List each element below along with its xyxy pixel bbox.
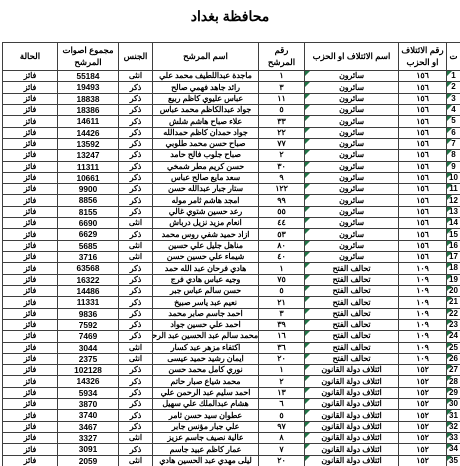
cell-coalition-name[interactable]: سائرون bbox=[305, 218, 399, 229]
cell-gender[interactable]: ذكر bbox=[119, 138, 153, 149]
cell-candidate-name[interactable]: رائد جاهد فهمي صالح bbox=[153, 82, 259, 93]
cell-index[interactable]: 33 bbox=[447, 433, 460, 444]
cell-votes[interactable]: 16322 bbox=[58, 274, 119, 285]
cell-status[interactable]: فائز bbox=[3, 206, 58, 217]
cell-candidate-number[interactable]: ٣٩ bbox=[259, 319, 305, 330]
cell-votes[interactable]: 9900 bbox=[58, 184, 119, 195]
cell-coalition-number[interactable]: ١٥٦ bbox=[399, 150, 447, 161]
cell-votes[interactable]: 6629 bbox=[58, 229, 119, 240]
cell-candidate-number[interactable]: ٩٩ bbox=[259, 195, 305, 206]
cell-candidate-number[interactable]: ٣٦ bbox=[259, 342, 305, 353]
cell-gender[interactable]: ذكر bbox=[119, 229, 153, 240]
cell-gender[interactable]: ذكر bbox=[119, 206, 153, 217]
cell-coalition-number[interactable]: ١٥٢ bbox=[399, 410, 447, 421]
cell-index[interactable]: 20 bbox=[447, 285, 460, 296]
cell-coalition-name[interactable]: تحالف الفتح bbox=[305, 285, 399, 296]
cell-index[interactable]: 31 bbox=[447, 410, 460, 421]
cell-status[interactable]: فائز bbox=[3, 150, 58, 161]
cell-index[interactable]: 6 bbox=[447, 127, 460, 138]
cell-votes[interactable]: 5685 bbox=[58, 240, 119, 251]
cell-candidate-name[interactable]: عباس عليوي كاظم ربيع bbox=[153, 93, 259, 104]
cell-votes[interactable]: 63568 bbox=[58, 263, 119, 274]
cell-coalition-number[interactable]: ١٥٦ bbox=[399, 116, 447, 127]
cell-index[interactable]: 7 bbox=[447, 138, 460, 149]
cell-candidate-number[interactable]: ٢ bbox=[259, 376, 305, 387]
cell-status[interactable]: فائز bbox=[3, 161, 58, 172]
cell-candidate-number[interactable]: ٥٥ bbox=[259, 206, 305, 217]
cell-coalition-name[interactable]: ائتلاف دولة القانون bbox=[305, 444, 399, 455]
cell-gender[interactable]: انثى bbox=[119, 433, 153, 444]
cell-candidate-number[interactable]: ٢٢ bbox=[259, 127, 305, 138]
cell-coalition-number[interactable]: ١٥٦ bbox=[399, 195, 447, 206]
cell-candidate-name[interactable]: احمد جاسم صابر محمد bbox=[153, 308, 259, 319]
cell-index[interactable]: 26 bbox=[447, 353, 460, 364]
cell-candidate-name[interactable]: محمد شياع صبار حاتم bbox=[153, 376, 259, 387]
cell-coalition-number[interactable]: ١٥٢ bbox=[399, 433, 447, 444]
cell-coalition-name[interactable]: تحالف الفتح bbox=[305, 297, 399, 308]
cell-coalition-name[interactable]: سائرون bbox=[305, 138, 399, 149]
cell-candidate-number[interactable]: ٩ bbox=[259, 172, 305, 183]
col-header-votes[interactable]: مجموع اصوات المرشح bbox=[58, 43, 119, 71]
cell-candidate-name[interactable]: ازاد حميد شفي روس محمد bbox=[153, 229, 259, 240]
cell-candidate-name[interactable]: امجد هاشم ثامر موله bbox=[153, 195, 259, 206]
cell-gender[interactable]: ذكر bbox=[119, 410, 153, 421]
cell-coalition-number[interactable]: ١٠٩ bbox=[399, 342, 447, 353]
cell-status[interactable]: فائز bbox=[3, 263, 58, 274]
cell-coalition-number[interactable]: ١٥٢ bbox=[399, 421, 447, 432]
cell-coalition-number[interactable]: ١٠٩ bbox=[399, 319, 447, 330]
cell-votes[interactable]: 14426 bbox=[58, 127, 119, 138]
col-header-gender[interactable]: الجنس bbox=[119, 43, 153, 71]
cell-candidate-number[interactable]: ٣ bbox=[259, 308, 305, 319]
cell-index[interactable]: 8 bbox=[447, 150, 460, 161]
cell-gender[interactable]: ذكر bbox=[119, 308, 153, 319]
cell-coalition-number[interactable]: ١٠٩ bbox=[399, 285, 447, 296]
cell-candidate-name[interactable]: حسن كريم مطر شمخي bbox=[153, 161, 259, 172]
cell-gender[interactable]: ذكر bbox=[119, 421, 153, 432]
cell-status[interactable]: فائز bbox=[3, 319, 58, 330]
cell-votes[interactable]: 11311 bbox=[58, 161, 119, 172]
cell-coalition-name[interactable]: ائتلاف دولة القانون bbox=[305, 410, 399, 421]
cell-votes[interactable]: 9836 bbox=[58, 308, 119, 319]
cell-candidate-name[interactable]: حسن سالم عباس جبر bbox=[153, 285, 259, 296]
cell-votes[interactable]: 8155 bbox=[58, 206, 119, 217]
cell-coalition-number[interactable]: ١٥٢ bbox=[399, 399, 447, 410]
cell-votes[interactable]: 3740 bbox=[58, 410, 119, 421]
cell-candidate-number[interactable]: ٤٤ bbox=[259, 218, 305, 229]
cell-index[interactable]: 1 bbox=[447, 71, 460, 82]
cell-votes[interactable]: 10661 bbox=[58, 172, 119, 183]
cell-votes[interactable]: 3327 bbox=[58, 433, 119, 444]
cell-index[interactable]: 14 bbox=[447, 218, 460, 229]
cell-coalition-name[interactable]: سائرون bbox=[305, 206, 399, 217]
cell-status[interactable]: فائز bbox=[3, 184, 58, 195]
cell-gender[interactable]: ذكر bbox=[119, 274, 153, 285]
cell-candidate-name[interactable]: صباح حسن محمد طلوبي bbox=[153, 138, 259, 149]
cell-candidate-name[interactable]: انعام مزيد نزيل درباش bbox=[153, 218, 259, 229]
cell-coalition-name[interactable]: ائتلاف دولة القانون bbox=[305, 421, 399, 432]
cell-index[interactable]: 17 bbox=[447, 252, 460, 263]
cell-status[interactable]: فائز bbox=[3, 104, 58, 115]
cell-gender[interactable]: انثى bbox=[119, 455, 153, 466]
cell-status[interactable]: فائز bbox=[3, 172, 58, 183]
cell-coalition-name[interactable]: ائتلاف دولة القانون bbox=[305, 455, 399, 466]
cell-index[interactable]: 13 bbox=[447, 206, 460, 217]
cell-status[interactable]: فائز bbox=[3, 71, 58, 82]
cell-candidate-number[interactable]: ٢١ bbox=[259, 297, 305, 308]
error-indicator-icon bbox=[305, 71, 310, 76]
cell-coalition-name[interactable]: سائرون bbox=[305, 116, 399, 127]
cell-gender[interactable]: ذكر bbox=[119, 184, 153, 195]
cell-candidate-number[interactable]: ١ bbox=[259, 365, 305, 376]
cell-coalition-name[interactable]: سائرون bbox=[305, 240, 399, 251]
cell-index[interactable]: 19 bbox=[447, 274, 460, 285]
cell-coalition-name[interactable]: سائرون bbox=[305, 172, 399, 183]
cell-coalition-name[interactable]: سائرون bbox=[305, 161, 399, 172]
cell-candidate-name[interactable]: وجيه عباس هادي فرج bbox=[153, 274, 259, 285]
col-header-coalition-name[interactable]: اسم الائتلاف او الحزب bbox=[305, 43, 399, 71]
col-header-coalition-number[interactable]: رقم الائتلاف او الحزب bbox=[399, 43, 447, 71]
cell-votes[interactable]: 3091 bbox=[58, 444, 119, 455]
cell-coalition-name[interactable]: ائتلاف دولة القانون bbox=[305, 399, 399, 410]
cell-coalition-number[interactable]: ١٥٦ bbox=[399, 71, 447, 82]
cell-index[interactable]: 24 bbox=[447, 331, 460, 342]
cell-index[interactable]: 9 bbox=[447, 161, 460, 172]
cell-index[interactable]: 5 bbox=[447, 116, 460, 127]
cell-candidate-name[interactable]: عمار كاظم عبيد جاسم bbox=[153, 444, 259, 455]
cell-coalition-number[interactable]: ١٥٦ bbox=[399, 184, 447, 195]
cell-votes[interactable]: 3044 bbox=[58, 342, 119, 353]
cell-coalition-number[interactable]: ١٥٦ bbox=[399, 82, 447, 93]
cell-candidate-number[interactable]: ٢ bbox=[259, 150, 305, 161]
cell-coalition-number[interactable]: ١٥٢ bbox=[399, 365, 447, 376]
cell-coalition-number[interactable]: ١٥٦ bbox=[399, 127, 447, 138]
cell-status[interactable]: فائز bbox=[3, 410, 58, 421]
cell-gender[interactable]: ذكر bbox=[119, 444, 153, 455]
cell-coalition-number[interactable]: ١٥٦ bbox=[399, 218, 447, 229]
cell-candidate-name[interactable]: ايمان رشيد حميد عيسى bbox=[153, 353, 259, 364]
cell-candidate-name[interactable]: ماجدة عبداللطيف محمد علي bbox=[153, 71, 259, 82]
cell-votes[interactable]: 14611 bbox=[58, 116, 119, 127]
cell-index[interactable]: 3 bbox=[447, 93, 460, 104]
cell-gender[interactable]: ذكر bbox=[119, 399, 153, 410]
col-header-index[interactable]: ت bbox=[447, 43, 460, 71]
cell-coalition-number[interactable]: ١٥٦ bbox=[399, 206, 447, 217]
cell-index[interactable]: 28 bbox=[447, 376, 460, 387]
cell-candidate-number[interactable]: ٥ bbox=[259, 104, 305, 115]
cell-status[interactable]: فائز bbox=[3, 252, 58, 263]
cell-candidate-number[interactable]: ٨٠ bbox=[259, 240, 305, 251]
cell-candidate-name[interactable]: هشام عبدالملك علي سهيل bbox=[153, 399, 259, 410]
cell-votes[interactable]: 6690 bbox=[58, 218, 119, 229]
cell-status[interactable]: فائز bbox=[3, 285, 58, 296]
cell-status[interactable]: فائز bbox=[3, 93, 58, 104]
cell-coalition-name[interactable]: سائرون bbox=[305, 71, 399, 82]
cell-gender[interactable]: ذكر bbox=[119, 285, 153, 296]
cell-candidate-number[interactable]: ٧ bbox=[259, 444, 305, 455]
cell-gender[interactable]: انثى bbox=[119, 71, 153, 82]
cell-index[interactable]: 25 bbox=[447, 342, 460, 353]
cell-coalition-number[interactable]: ١٠٩ bbox=[399, 353, 447, 364]
cell-index[interactable]: 27 bbox=[447, 365, 460, 376]
cell-candidate-name[interactable]: اكتفاء مزهر عبد كسار bbox=[153, 342, 259, 353]
cell-candidate-number[interactable]: ٥٣ bbox=[259, 229, 305, 240]
cell-votes[interactable]: 18386 bbox=[58, 104, 119, 115]
col-header-candidate-name[interactable]: اسم المرشح bbox=[153, 43, 259, 71]
cell-index[interactable]: 11 bbox=[447, 184, 460, 195]
cell-candidate-number[interactable]: ٥ bbox=[259, 285, 305, 296]
cell-candidate-number[interactable]: ٥ bbox=[259, 410, 305, 421]
cell-index[interactable]: 12 bbox=[447, 195, 460, 206]
cell-coalition-name[interactable]: سائرون bbox=[305, 150, 399, 161]
cell-status[interactable]: فائز bbox=[3, 342, 58, 353]
cell-gender[interactable]: ذكر bbox=[119, 365, 153, 376]
cell-candidate-number[interactable]: ٨ bbox=[259, 433, 305, 444]
table-row: 35 ١٥٢ ائتلاف دولة القانون ٢٠ ليلى مهدي … bbox=[3, 455, 460, 466]
cell-status[interactable]: فائز bbox=[3, 195, 58, 206]
cell-coalition-name[interactable]: سائرون bbox=[305, 252, 399, 263]
cell-candidate-name[interactable]: ستار جبار عبدالله حسن bbox=[153, 184, 259, 195]
cell-votes[interactable]: 102128 bbox=[58, 365, 119, 376]
cell-coalition-number[interactable]: ١٥٢ bbox=[399, 387, 447, 398]
error-indicator-icon bbox=[305, 320, 310, 325]
cell-status[interactable]: فائز bbox=[3, 387, 58, 398]
cell-candidate-number[interactable]: ١ bbox=[259, 71, 305, 82]
cell-candidate-number[interactable]: ١٢٢ bbox=[259, 184, 305, 195]
cell-gender[interactable]: انثى bbox=[119, 353, 153, 364]
cell-gender[interactable]: ذكر bbox=[119, 93, 153, 104]
cell-candidate-number[interactable]: ١٣ bbox=[259, 387, 305, 398]
cell-status[interactable]: فائز bbox=[3, 308, 58, 319]
cell-index[interactable]: 35 bbox=[447, 455, 460, 466]
cell-votes[interactable]: 11331 bbox=[58, 297, 119, 308]
cell-candidate-number[interactable]: ٦ bbox=[259, 399, 305, 410]
cell-coalition-number[interactable]: ١٥٦ bbox=[399, 240, 447, 251]
cell-votes[interactable]: 3870 bbox=[58, 399, 119, 410]
cell-coalition-number[interactable]: ١٥٦ bbox=[399, 104, 447, 115]
error-indicator-icon bbox=[447, 71, 452, 76]
cell-index[interactable]: 4 bbox=[447, 104, 460, 115]
cell-coalition-number[interactable]: ١٠٩ bbox=[399, 297, 447, 308]
cell-votes[interactable]: 55184 bbox=[58, 71, 119, 82]
cell-candidate-name[interactable]: هادي فرحان عبد الله حمد bbox=[153, 263, 259, 274]
cell-index[interactable]: 18 bbox=[447, 263, 460, 274]
cell-candidate-number[interactable]: ٧٧ bbox=[259, 138, 305, 149]
cell-coalition-name[interactable]: سائرون bbox=[305, 127, 399, 138]
cell-index[interactable]: 32 bbox=[447, 421, 460, 432]
cell-candidate-number[interactable]: ٤٠ bbox=[259, 252, 305, 263]
cell-index[interactable]: 10 bbox=[447, 172, 460, 183]
cell-coalition-number[interactable]: ١٠٩ bbox=[399, 274, 447, 285]
cell-status[interactable]: فائز bbox=[3, 127, 58, 138]
cell-coalition-name[interactable]: تحالف الفتح bbox=[305, 331, 399, 342]
cell-candidate-name[interactable]: احمد علي حسين جواد bbox=[153, 319, 259, 330]
cell-candidate-number[interactable]: ٣ bbox=[259, 82, 305, 93]
cell-candidate-number[interactable]: ٣٠ bbox=[259, 161, 305, 172]
cell-coalition-name[interactable]: سائرون bbox=[305, 195, 399, 206]
cell-index[interactable]: 16 bbox=[447, 240, 460, 251]
cell-coalition-name[interactable]: تحالف الفتح bbox=[305, 274, 399, 285]
cell-coalition-number[interactable]: ١٥٢ bbox=[399, 455, 447, 466]
cell-coalition-number[interactable]: ١٥٢ bbox=[399, 444, 447, 455]
col-header-candidate-number[interactable]: رقم المرشح bbox=[259, 43, 305, 71]
cell-coalition-name[interactable]: تحالف الفتح bbox=[305, 353, 399, 364]
error-indicator-icon bbox=[447, 275, 452, 280]
cell-coalition-number[interactable]: ١٥٦ bbox=[399, 229, 447, 240]
cell-coalition-name[interactable]: ائتلاف دولة القانون bbox=[305, 387, 399, 398]
cell-gender[interactable]: ذكر bbox=[119, 127, 153, 138]
cell-coalition-name[interactable]: ائتلاف دولة القانون bbox=[305, 376, 399, 387]
cell-gender[interactable]: ذكر bbox=[119, 172, 153, 183]
cell-candidate-number[interactable]: ١ bbox=[259, 263, 305, 274]
cell-status[interactable]: فائز bbox=[3, 218, 58, 229]
cell-index[interactable]: 34 bbox=[447, 444, 460, 455]
cell-status[interactable]: فائز bbox=[3, 274, 58, 285]
cell-gender[interactable]: ذكر bbox=[119, 319, 153, 330]
cell-coalition-number[interactable]: ١٥٦ bbox=[399, 252, 447, 263]
cell-gender[interactable]: ذكر bbox=[119, 82, 153, 93]
cell-status[interactable]: فائز bbox=[3, 376, 58, 387]
cell-index[interactable]: 15 bbox=[447, 229, 460, 240]
cell-status[interactable]: فائز bbox=[3, 229, 58, 240]
cell-coalition-number[interactable]: ١٠٩ bbox=[399, 263, 447, 274]
cell-index[interactable]: 22 bbox=[447, 308, 460, 319]
cell-index[interactable]: 29 bbox=[447, 387, 460, 398]
cell-status[interactable]: فائز bbox=[3, 365, 58, 376]
cell-gender[interactable]: ذكر bbox=[119, 376, 153, 387]
cell-status[interactable]: فائز bbox=[3, 433, 58, 444]
table-row: 27 ١٥٢ ائتلاف دولة القانون ١ نوري كامل م… bbox=[3, 365, 460, 376]
cell-gender[interactable]: ذكر bbox=[119, 263, 153, 274]
cell-candidate-name[interactable]: نعيم عبد ياسر صبيخ bbox=[153, 297, 259, 308]
cell-coalition-number[interactable]: ١٥٦ bbox=[399, 161, 447, 172]
cell-gender[interactable]: ذكر bbox=[119, 195, 153, 206]
error-indicator-icon bbox=[305, 286, 310, 291]
cell-candidate-name[interactable]: نوري كامل محمد حسن bbox=[153, 365, 259, 376]
cell-coalition-number[interactable]: ١٥٦ bbox=[399, 138, 447, 149]
cell-votes[interactable]: 19493 bbox=[58, 82, 119, 93]
cell-candidate-number[interactable]: ٢٠ bbox=[259, 455, 305, 466]
cell-candidate-number[interactable]: ١٦ bbox=[259, 331, 305, 342]
cell-votes[interactable]: 7592 bbox=[58, 319, 119, 330]
cell-votes[interactable]: 14326 bbox=[58, 376, 119, 387]
cell-votes[interactable]: 18838 bbox=[58, 93, 119, 104]
cell-status[interactable]: فائز bbox=[3, 444, 58, 455]
cell-candidate-name[interactable]: سعد مايع صالح عباس bbox=[153, 172, 259, 183]
cell-gender[interactable]: انثى bbox=[119, 240, 153, 251]
table-row: 25 ١٠٩ تحالف الفتح ٣٦ اكتفاء مزهر عبد كس… bbox=[3, 342, 460, 353]
cell-status[interactable]: فائز bbox=[3, 240, 58, 251]
cell-gender[interactable]: ذكر bbox=[119, 104, 153, 115]
cell-gender[interactable]: ذكر bbox=[119, 331, 153, 342]
cell-candidate-number[interactable]: ٢٠ bbox=[259, 353, 305, 364]
cell-coalition-name[interactable]: ائتلاف دولة القانون bbox=[305, 433, 399, 444]
cell-coalition-name[interactable]: سائرون bbox=[305, 184, 399, 195]
cell-coalition-name[interactable]: سائرون bbox=[305, 82, 399, 93]
cell-coalition-number[interactable]: ١٥٦ bbox=[399, 172, 447, 183]
cell-gender[interactable]: انثى bbox=[119, 342, 153, 353]
cell-candidate-name[interactable]: علاء صباح هاشم شلش bbox=[153, 116, 259, 127]
cell-candidate-name[interactable]: شيماء علي حسين حسن bbox=[153, 252, 259, 263]
cell-coalition-number[interactable]: ١٠٩ bbox=[399, 308, 447, 319]
cell-coalition-name[interactable]: ائتلاف دولة القانون bbox=[305, 365, 399, 376]
cell-gender[interactable]: انثى bbox=[119, 218, 153, 229]
cell-candidate-name[interactable]: صباح جلوب فالح حامد bbox=[153, 150, 259, 161]
cell-votes[interactable]: 14486 bbox=[58, 285, 119, 296]
cell-candidate-name[interactable]: احمد سليم عبد الرحمن علي bbox=[153, 387, 259, 398]
cell-gender[interactable]: ذكر bbox=[119, 387, 153, 398]
cell-status[interactable]: فائز bbox=[3, 138, 58, 149]
cell-gender[interactable]: ذكر bbox=[119, 116, 153, 127]
cell-votes[interactable]: 3716 bbox=[58, 252, 119, 263]
cell-status[interactable]: فائز bbox=[3, 455, 58, 466]
cell-candidate-number[interactable]: ٩٧ bbox=[259, 421, 305, 432]
cell-coalition-number[interactable]: ١٠٩ bbox=[399, 331, 447, 342]
cell-status[interactable]: فائز bbox=[3, 399, 58, 410]
page-title: محافظة بغداد bbox=[0, 8, 460, 25]
cell-candidate-name[interactable]: جواد عبدالكاظم محمد عباس bbox=[153, 104, 259, 115]
cell-votes[interactable]: 13592 bbox=[58, 138, 119, 149]
cell-status[interactable]: فائز bbox=[3, 297, 58, 308]
cell-candidate-name[interactable]: مناهل جليل علي حسين bbox=[153, 240, 259, 251]
cell-votes[interactable]: 13247 bbox=[58, 150, 119, 161]
cell-candidate-name[interactable]: جواد حمدان كاظم حمدالله bbox=[153, 127, 259, 138]
error-indicator-icon bbox=[447, 376, 452, 381]
cell-candidate-name[interactable]: محمد سالم عبد الحسين عبد الرحيم bbox=[153, 331, 259, 342]
cell-candidate-number[interactable]: ٧٥ bbox=[259, 274, 305, 285]
cell-coalition-name[interactable]: تحالف الفتح bbox=[305, 319, 399, 330]
cell-candidate-name[interactable]: عالية نصيف جاسم عزيز bbox=[153, 433, 259, 444]
cell-index[interactable]: 30 bbox=[447, 399, 460, 410]
cell-candidate-name[interactable]: رعد حسين شتوي غالي bbox=[153, 206, 259, 217]
cell-coalition-name[interactable]: تحالف الفتح bbox=[305, 308, 399, 319]
cell-candidate-name[interactable]: عطوان سيد حسن ثامر bbox=[153, 410, 259, 421]
cell-votes[interactable]: 7469 bbox=[58, 331, 119, 342]
cell-candidate-name[interactable]: علي جبار مؤنس جابر bbox=[153, 421, 259, 432]
cell-status[interactable]: فائز bbox=[3, 331, 58, 342]
cell-coalition-name[interactable]: تحالف الفتح bbox=[305, 263, 399, 274]
cell-votes[interactable]: 5934 bbox=[58, 387, 119, 398]
cell-status[interactable]: فائز bbox=[3, 116, 58, 127]
cell-index[interactable]: 2 bbox=[447, 82, 460, 93]
cell-candidate-name[interactable]: ليلى مهدي عبد الحسين هادي bbox=[153, 455, 259, 466]
cell-votes[interactable]: 2375 bbox=[58, 353, 119, 364]
cell-gender[interactable]: ذكر bbox=[119, 297, 153, 308]
cell-votes[interactable]: 2059 bbox=[58, 455, 119, 466]
table-row: 32 ١٥٢ ائتلاف دولة القانون ٩٧ علي جبار م… bbox=[3, 421, 460, 432]
cell-coalition-number[interactable]: ١٥٦ bbox=[399, 93, 447, 104]
cell-coalition-number[interactable]: ١٥٢ bbox=[399, 376, 447, 387]
cell-votes[interactable]: 8856 bbox=[58, 195, 119, 206]
cell-candidate-number[interactable]: ١١ bbox=[259, 93, 305, 104]
cell-status[interactable]: فائز bbox=[3, 82, 58, 93]
cell-candidate-number[interactable]: ٣٣ bbox=[259, 116, 305, 127]
error-indicator-icon bbox=[447, 286, 452, 291]
cell-coalition-name[interactable]: سائرون bbox=[305, 229, 399, 240]
cell-status[interactable]: فائز bbox=[3, 353, 58, 364]
cell-index[interactable]: 23 bbox=[447, 319, 460, 330]
cell-gender[interactable]: انثى bbox=[119, 252, 153, 263]
col-header-status[interactable]: الحالة bbox=[3, 43, 58, 71]
cell-gender[interactable]: ذكر bbox=[119, 150, 153, 161]
cell-gender[interactable]: ذكر bbox=[119, 161, 153, 172]
cell-coalition-name[interactable]: سائرون bbox=[305, 93, 399, 104]
cell-status[interactable]: فائز bbox=[3, 421, 58, 432]
cell-coalition-name[interactable]: تحالف الفتح bbox=[305, 342, 399, 353]
cell-index[interactable]: 21 bbox=[447, 297, 460, 308]
cell-votes[interactable]: 3467 bbox=[58, 421, 119, 432]
cell-coalition-name[interactable]: سائرون bbox=[305, 104, 399, 115]
